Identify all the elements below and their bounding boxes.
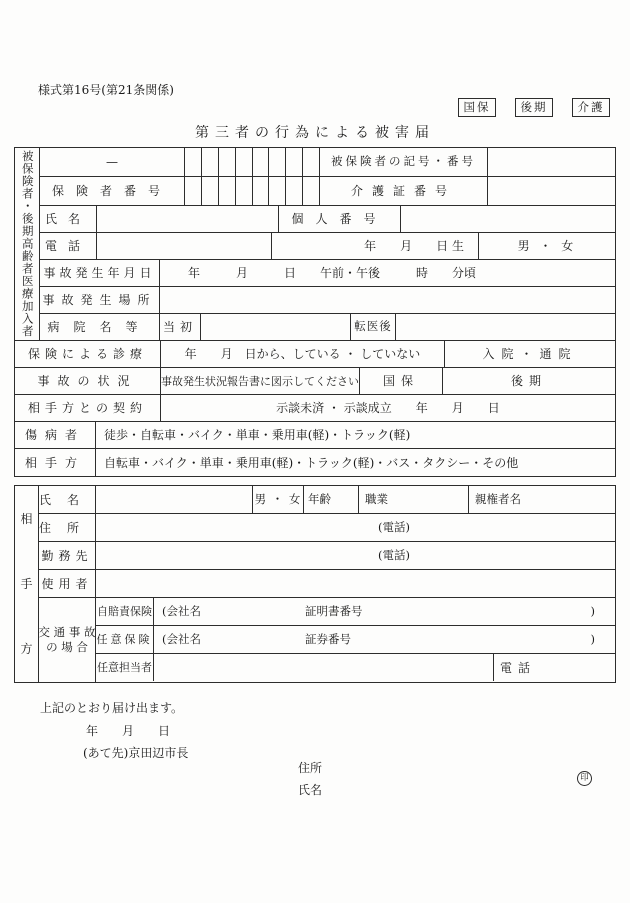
digit-box [202,177,219,205]
op-workplace-phone: (電話) [96,542,615,569]
digit-box [253,177,270,205]
op-employer-value [96,570,615,597]
nini-company-label: (会社名 [162,634,201,646]
phone-value [97,233,272,259]
declaration-text: 上記のとおり届け出ます。 [40,702,183,714]
op-row-employer: 使用者 [39,570,615,598]
digit-box [202,148,219,176]
row-accident-place: 事故発生場所 [40,287,615,314]
digit-box [303,177,320,205]
personal-number-label: 個人番号 [279,206,401,232]
row-symbol-number: — 被保険者の記号・番号 [40,148,615,177]
accident-place-value [160,287,615,313]
tanto-label: 任意担当者 [96,654,154,681]
op-name-label: 氏名 [39,486,96,513]
insured-side-label: 被保険者・後期高齢者医療加入者 [21,150,33,338]
insurer-number-label: 保険者番号 [40,177,185,205]
row-phone: 電話 年 月 日 生 男 ・ 女 [40,233,615,260]
traffic-group-label-line1: 交 通 事 故 [39,627,95,639]
row-tanto: 任意担当者 電話 [96,654,615,681]
digit-box [185,177,202,205]
opponent-label: 相手方 [15,449,96,476]
category-box-kaigo: 介護 [572,98,610,117]
nini-close-paren: ) [591,634,596,646]
row-victim: 傷病者 徒歩・自転車・バイク・単車・乗用車(軽)・トラック(軽) [15,422,615,449]
op-row-workplace: 勤務先 (電話) [39,542,615,570]
victim-label: 傷病者 [15,422,96,448]
op-gender-cell: 男 ・ 女 [253,486,304,513]
op-age-label: 年齢 [304,486,359,513]
op-name-value [96,486,253,513]
page-title: 第三者の行為による被害届 [0,126,630,140]
digit-box [286,177,303,205]
other-party-side-char: 方 [20,643,32,655]
hospital-first-value [201,314,351,340]
situation-note: 事故発生状況報告書に図示してください [161,368,360,394]
row-opponent-vehicle: 相手方 自転車・バイク・単車・乗用車(軽)・トラック(軽)・バス・タクシー・その… [15,449,615,476]
gender-cell: 男 ・ 女 [479,233,615,259]
digit-box [269,177,286,205]
digit-box [286,148,303,176]
op-address-label: 住所 [39,514,96,541]
op-workplace-label: 勤務先 [39,542,96,569]
personal-number-value [401,206,615,232]
seal-icon: 印 [577,771,592,786]
footer-name-label: 氏名 [298,784,322,796]
hospital-after-label: 転医後 [351,314,396,340]
digit-box [236,148,253,176]
accident-date-value: 年 月 日 午前・午後 時 分頃 [160,260,615,286]
nini-label: 任意保険 [96,626,154,653]
hospital-label: 病院名等 [40,314,160,340]
row-contract: 相手方との契約 示談未済 ・ 示談成立 年 月 日 [15,395,615,422]
insured-person-table: 被保険者・後期高齢者医療加入者 — 被保険者の記号・番号 保険者番号 介護証番号 [14,147,616,477]
care-cert-label: 介護証番号 [320,177,488,205]
footer-date: 年 月 日 [86,725,170,737]
addressee: (あて先)京田辺市長 [83,747,188,759]
op-guardian-label: 親権者名 [469,486,615,513]
jibai-content: (会社名 証明書番号 ) [154,598,615,625]
footer-address-label: 住所 [298,762,322,774]
row-accident-date: 事故発生年月日 年 月 日 午前・午後 時 分頃 [40,260,615,287]
row-hospital: 病院名等 当初 転医後 [40,314,615,340]
row-nini-insurance: 任意保険 (会社名 証券番号 ) [96,626,615,654]
name-label: 氏名 [40,206,97,232]
category-box-kokuho: 国保 [458,98,496,117]
digit-box [219,148,236,176]
digit-box [303,148,320,176]
form-page: { "header": { "form_number": "様式第16号(第21… [0,0,630,903]
nini-content: (会社名 証券番号 ) [154,626,615,653]
op-address-phone: (電話) [96,514,615,541]
digit-box [219,177,236,205]
accident-date-label: 事故発生年月日 [40,260,160,286]
other-party-side-cell: 相 手 方 [15,486,39,682]
other-party-side-char: 手 [20,578,32,590]
symbol-digit-boxes [185,148,320,176]
hospital-first-label: 当初 [160,314,201,340]
jibai-company-label: (会社名 [162,606,201,618]
care-cert-value [488,177,615,205]
victim-options: 徒歩・自転車・バイク・単車・乗用車(軽)・トラック(軽) [96,422,615,448]
jibai-close-paren: ) [591,606,596,618]
op-job-label: 職業 [359,486,469,513]
form-number: 様式第16号(第21条関係) [38,84,174,96]
row-treatment: 保険による診療 年 月 日から、している ・ していない 入院・通院 [15,341,615,368]
phone-label: 電話 [40,233,97,259]
insured-top-section: 被保険者・後期高齢者医療加入者 — 被保険者の記号・番号 保険者番号 介護証番号 [15,148,615,341]
category-box-kouki: 後期 [515,98,553,117]
traffic-accident-group: 交 通 事 故 の 場 合 自賠責保険 (会社名 証明書番号 ) 任意保険 (会… [39,598,615,682]
situation-kokuho-cell: 国保 [360,368,443,394]
op-row-name: 氏名 男 ・ 女 年齢 職業 親権者名 [39,486,615,514]
traffic-group-label: 交 通 事 故 の 場 合 [39,598,96,682]
accident-place-label: 事故発生場所 [40,287,160,313]
op-employer-label: 使用者 [39,570,96,597]
contract-content: 示談未済 ・ 示談成立 年 月 日 [161,395,615,421]
symbol-dash: — [40,148,185,176]
tanto-phone-label: 電話 [494,654,615,681]
treatment-content: 年 月 日から、している ・ していない [161,341,445,367]
row-insurer-number: 保険者番号 介護証番号 [40,177,615,206]
situation-kouki-cell: 後期 [443,368,615,394]
insurer-digit-boxes [185,177,320,205]
treatment-inout-label: 入院・通院 [445,341,615,367]
digit-box [236,177,253,205]
insured-symbol-label: 被保険者の記号・番号 [320,148,488,176]
hospital-after-value [396,314,615,340]
row-situation: 事故の状況 事故発生状況報告書に図示してください 国保 後期 [15,368,615,395]
contract-label: 相手方との契約 [15,395,161,421]
situation-label: 事故の状況 [15,368,161,394]
opponent-options: 自転車・バイク・単車・乗用車(軽)・トラック(軽)・バス・タクシー・その他 [96,449,615,476]
other-party-table: 相 手 方 氏名 男 ・ 女 年齢 職業 親権者名 住所 (電話) 勤務先 (電… [14,485,616,683]
insured-side-label-cell: 被保険者・後期高齢者医療加入者 [15,148,40,340]
digit-box [185,148,202,176]
treatment-label: 保険による診療 [15,341,161,367]
op-row-address: 住所 (電話) [39,514,615,542]
birthdate-cell: 年 月 日 生 [272,233,479,259]
row-jibai-insurance: 自賠責保険 (会社名 証明書番号 ) [96,598,615,626]
row-name: 氏名 個人番号 [40,206,615,233]
tanto-value [154,654,494,681]
jibai-number-label: 証明書番号 [305,606,363,618]
digit-box [269,148,286,176]
insured-symbol-value [488,148,615,176]
category-boxes: 国保 後期 介護 [458,98,610,117]
traffic-group-label-line2: の 場 合 [46,642,88,654]
name-value [97,206,279,232]
nini-number-label: 証券番号 [305,634,351,646]
digit-box [253,148,270,176]
jibai-label: 自賠責保険 [96,598,154,625]
other-party-side-char: 相 [20,513,32,525]
